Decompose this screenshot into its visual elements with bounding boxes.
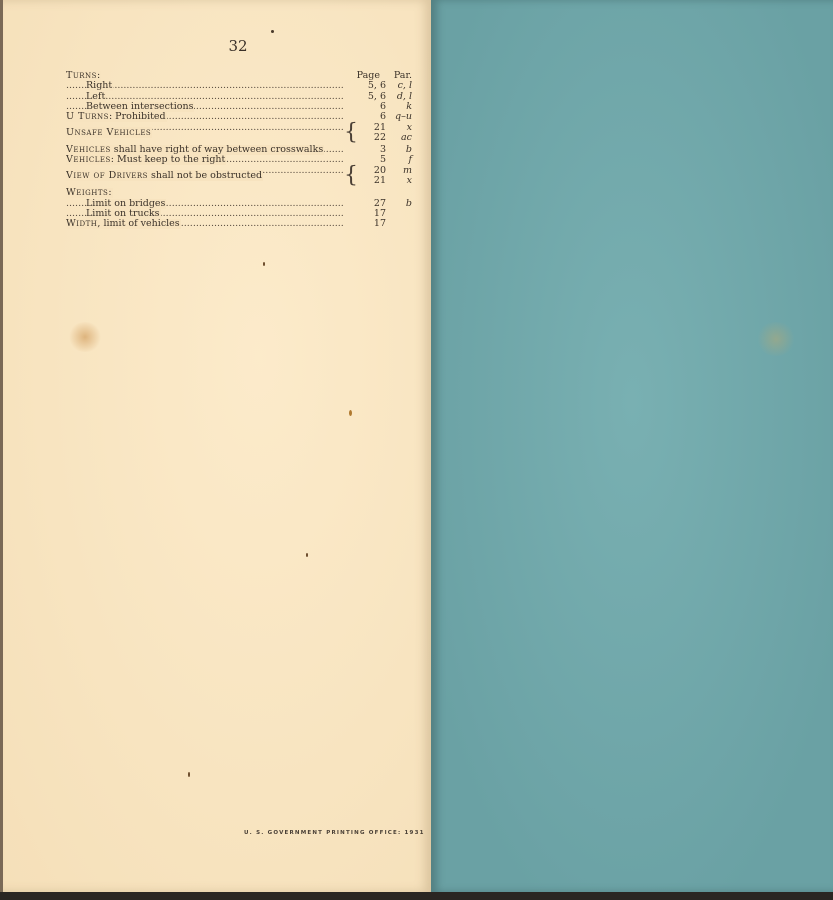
index-entry: Right5, 6c, l xyxy=(66,81,412,91)
index-entry: Limit on trucks17 xyxy=(66,209,412,219)
entry-label: Weights: xyxy=(66,188,344,198)
ink-speck xyxy=(188,772,190,777)
paragraph-ref: xac xyxy=(386,123,412,143)
index-entry: Left5, 6d, l xyxy=(66,92,412,102)
entry-label: View of Drivers shall not be obstructed xyxy=(66,166,344,181)
page-ref: 17 xyxy=(356,219,386,229)
index-entry: Between intersections6k xyxy=(66,102,412,112)
entry-label: U Turns: Prohibited xyxy=(66,112,344,122)
printer-imprint: U. S. GOVERNMENT PRINTING OFFICE: 1931 xyxy=(244,830,425,836)
page-ref: 2021 xyxy=(356,166,386,186)
page-number: 32 xyxy=(0,37,476,55)
index-list: Page Par. Turns:Right5, 6c, lLeft5, 6d, … xyxy=(66,71,412,229)
brace-symbol: { xyxy=(344,166,356,186)
paragraph-ref: q–u xyxy=(386,112,412,122)
ink-speck xyxy=(271,30,274,33)
index-entry: U Turns: Prohibited6q–u xyxy=(66,112,412,122)
entry-label: Limit on bridges xyxy=(66,199,344,209)
entry-label: Vehicles shall have right of way between… xyxy=(66,145,344,155)
entry-label: Width, limit of vehicles xyxy=(66,219,344,229)
entry-label: Right xyxy=(66,81,344,91)
entry-label: Unsafe Vehicles xyxy=(66,123,344,138)
index-entry: View of Drivers shall not be obstructed{… xyxy=(66,166,412,186)
brace-symbol: { xyxy=(344,123,356,143)
page-ref: 6 xyxy=(356,112,386,122)
back-cover xyxy=(431,0,833,892)
index-entry: Vehicles: Must keep to the right5f xyxy=(66,155,412,165)
index-entry: Vehicles shall have right of way between… xyxy=(66,145,412,155)
paragraph-ref: f xyxy=(386,155,412,165)
entry-label: Left xyxy=(66,92,344,102)
ink-speck xyxy=(349,410,352,416)
table-surface xyxy=(0,892,833,900)
index-entry: Weights: xyxy=(66,188,412,198)
index-entry: Width, limit of vehicles17 xyxy=(66,219,412,229)
ink-speck xyxy=(306,553,308,557)
index-entry: Limit on bridges27b xyxy=(66,199,412,209)
entry-label: Vehicles: Must keep to the right xyxy=(66,155,344,165)
index-entry: Unsafe Vehicles{2122xac xyxy=(66,123,412,143)
ink-speck xyxy=(263,262,265,266)
paragraph-ref: mx xyxy=(386,166,412,186)
entry-label: Limit on trucks xyxy=(66,209,344,219)
foxing-stain xyxy=(756,322,796,356)
paragraph-ref xyxy=(386,219,412,229)
foxing-stain xyxy=(68,322,102,352)
page-ref: 5 xyxy=(356,155,386,165)
entry-label: Turns: xyxy=(66,71,344,81)
entry-label: Between intersections xyxy=(66,102,344,112)
page-ref: 2122 xyxy=(356,123,386,143)
